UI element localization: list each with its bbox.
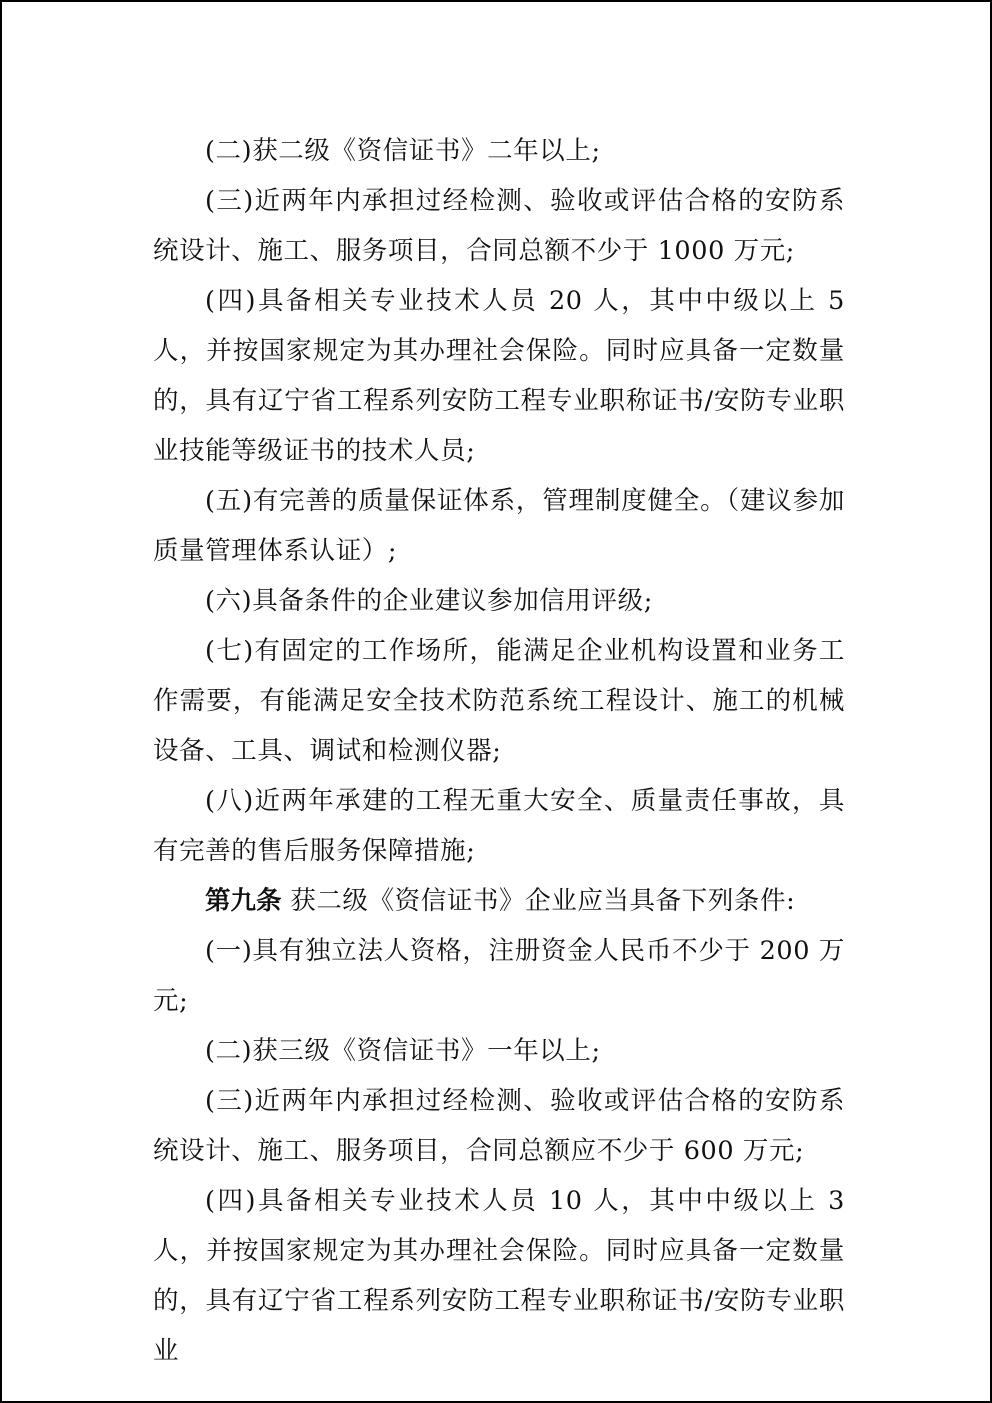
article-number: 第九条 [205,886,282,916]
paragraph-item-7: (七)有固定的工作场所，能满足企业机构设置和业务工作需要，有能满足安全技术防范系… [153,626,845,776]
paragraph-item-4: (四)具备相关专业技术人员 20 人，其中中级以上 5 人，并按国家规定为其办理… [153,276,845,476]
paragraph-item-2: (二)获二级《资信证书》二年以上; [153,126,845,176]
article-item-4: (四)具备相关专业技术人员 10 人，其中中级以上 3 人，并按国家规定为其办理… [153,1176,845,1376]
document-body: (二)获二级《资信证书》二年以上; (三)近两年内承担过经检测、验收或评估合格的… [153,126,845,1376]
article-item-1: (一)具有独立法人资格，注册资金人民币不少于 200 万元; [153,926,845,1026]
paragraph-item-8: (八)近两年承建的工程无重大安全、质量责任事故，具有完善的售后服务保障措施; [153,776,845,876]
article-intro: 获二级《资信证书》企业应当具备下列条件: [282,886,796,916]
paragraph-item-5: (五)有完善的质量保证体系，管理制度健全。（建议参加质量管理体系认证）; [153,476,845,576]
paragraph-item-6: (六)具备条件的企业建议参加信用评级; [153,576,845,626]
article-item-2: (二)获三级《资信证书》一年以上; [153,1026,845,1076]
article-heading: 第九条 获二级《资信证书》企业应当具备下列条件: [153,876,845,926]
document-page: (二)获二级《资信证书》二年以上; (三)近两年内承担过经检测、验收或评估合格的… [0,0,992,1403]
paragraph-item-3: (三)近两年内承担过经检测、验收或评估合格的安防系统设计、施工、服务项目，合同总… [153,176,845,276]
article-item-3: (三)近两年内承担过经检测、验收或评估合格的安防系统设计、施工、服务项目，合同总… [153,1076,845,1176]
